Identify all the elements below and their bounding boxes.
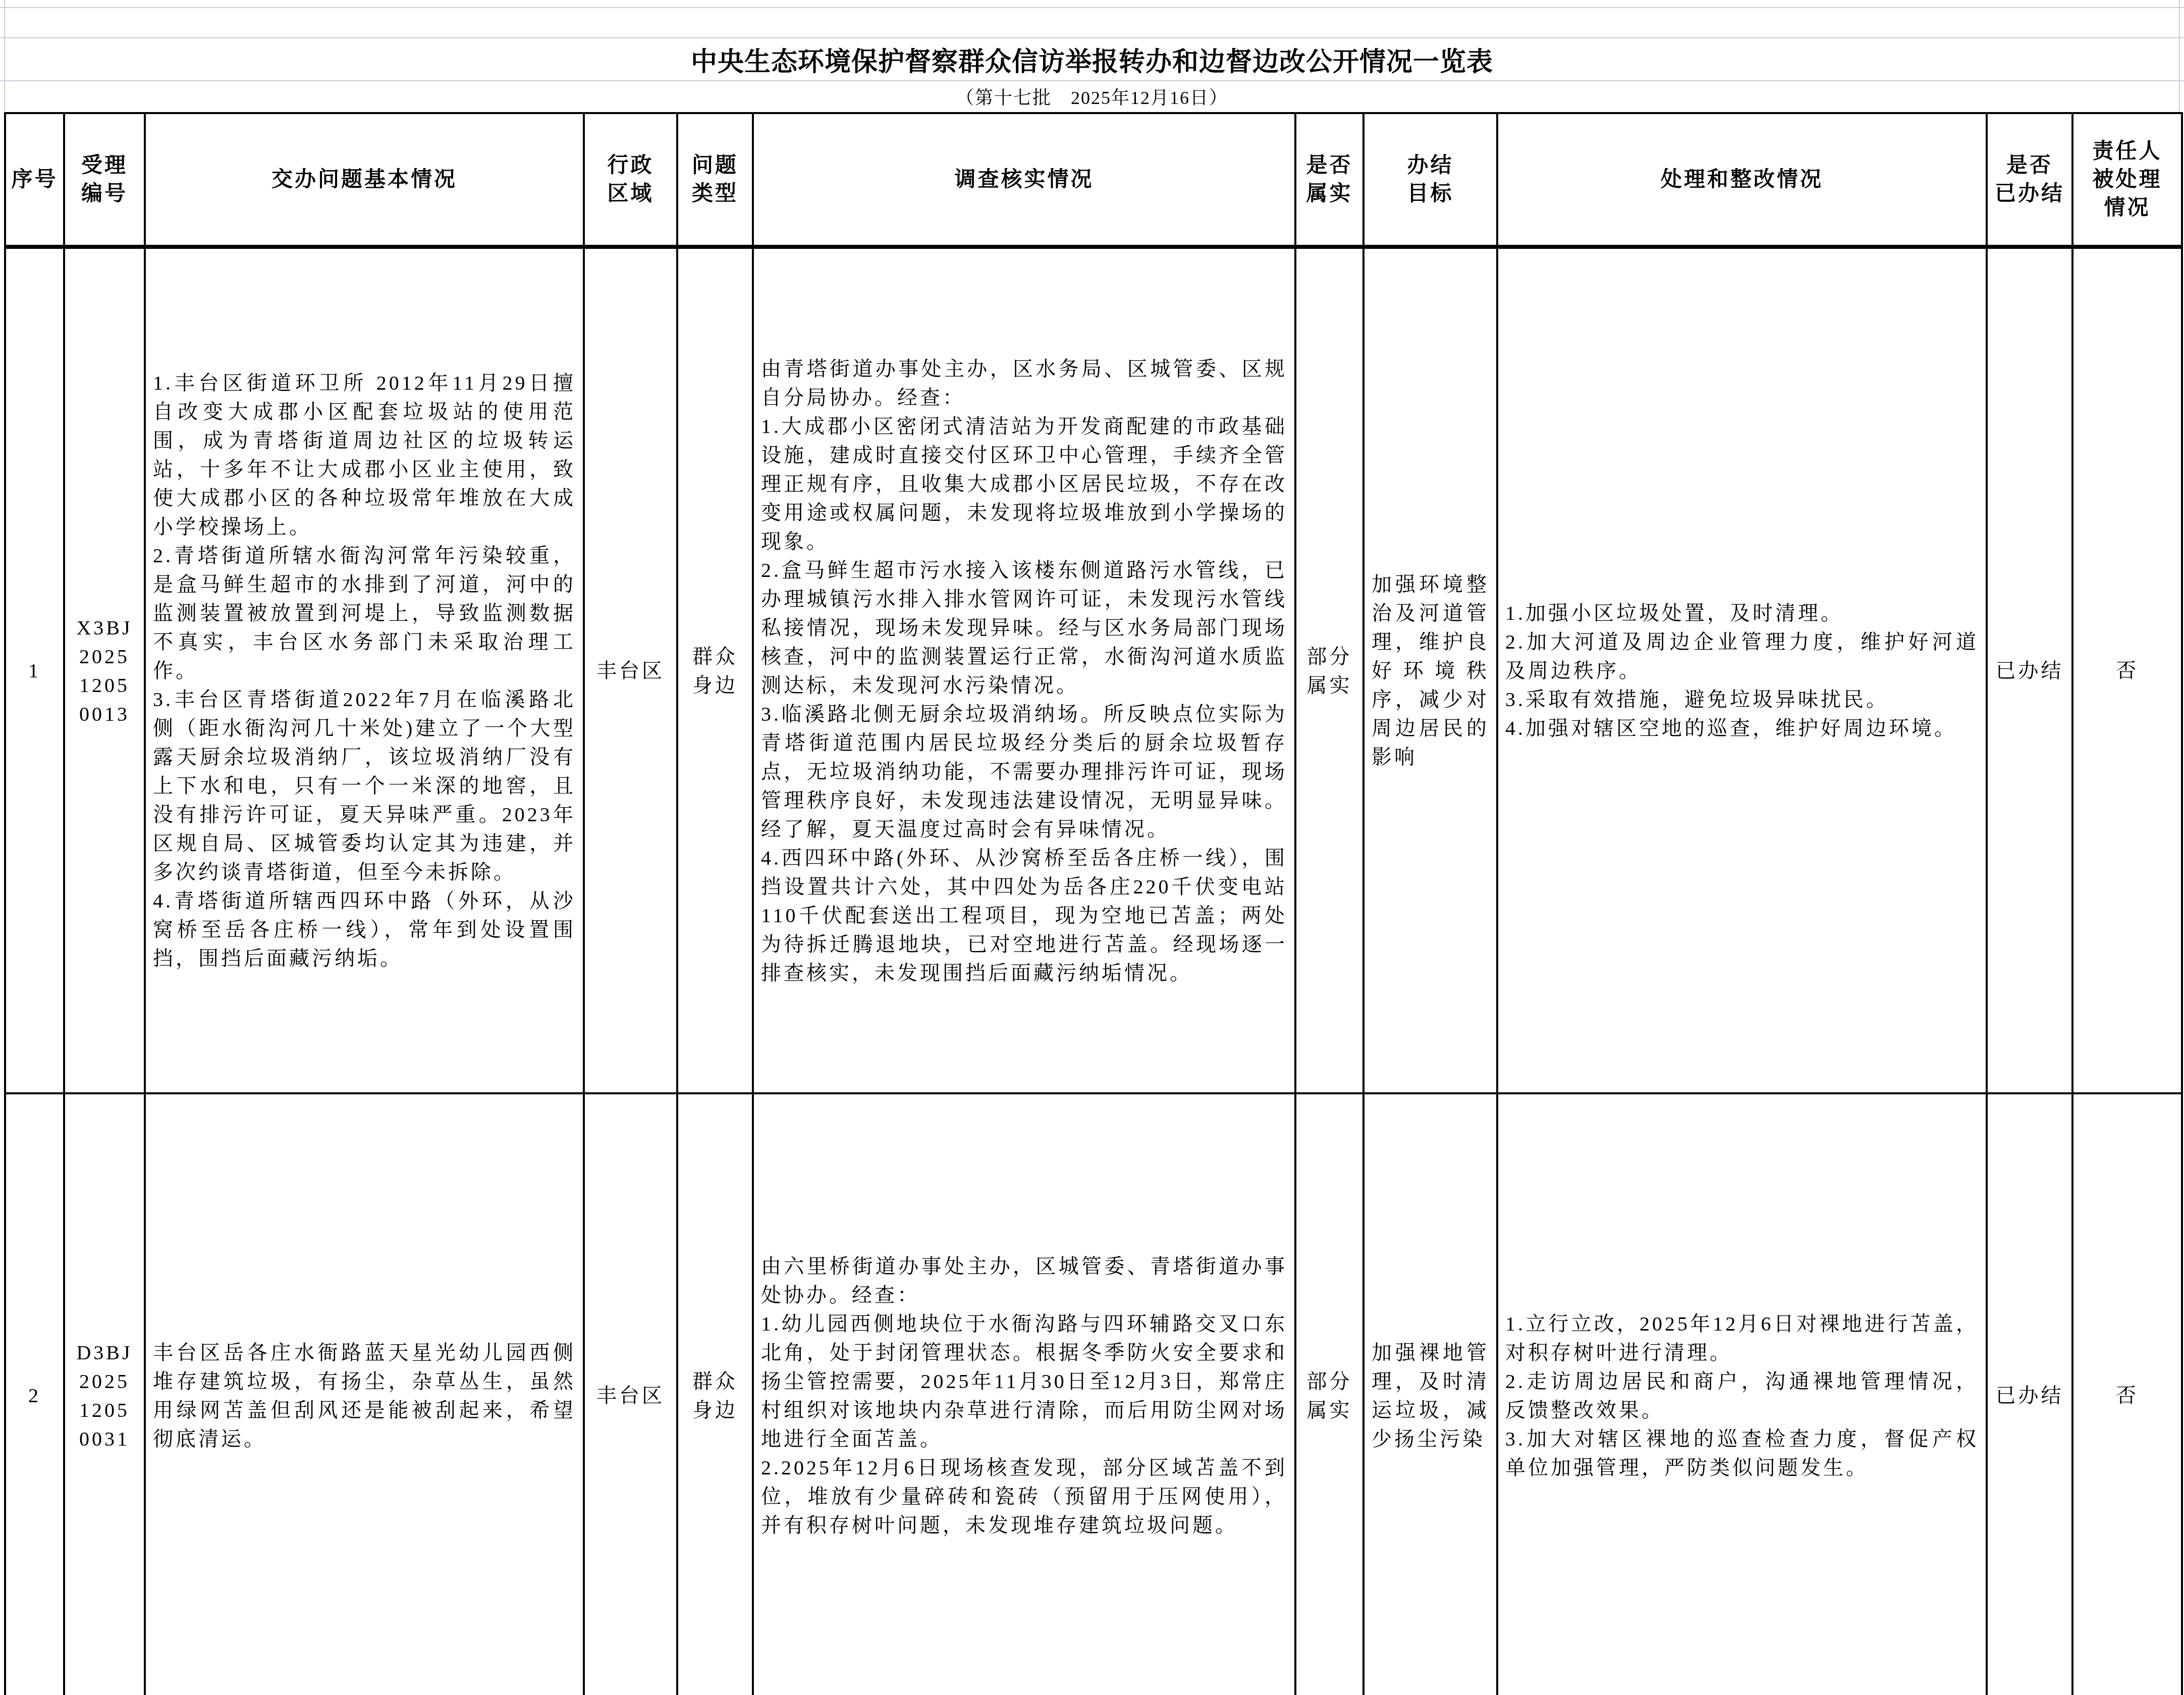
cell-is-closed: 已办结 [1987,1093,2072,1695]
col-header-problem: 交办问题基本情况 [145,113,584,247]
page-subtitle: （第十七批 2025年12月16日） [0,81,2184,112]
col-header-accountability: 责任人 被处理 情况 [2072,113,2182,247]
header-row: 序号 受理 编号 交办问题基本情况 行政 区域 问题 类型 调查核实情况 是否 … [5,113,2182,247]
cell-region: 丰台区 [584,247,677,1093]
cell-verification: 由青塔街道办事处主办，区水务局、区城管委、区规自分局协办。经查： 1.大成郡小区… [753,247,1295,1093]
cell-accountability: 否 [2072,247,2182,1093]
col-header-verification: 调查核实情况 [753,113,1295,247]
grid-line-top [0,7,2184,8]
cell-type: 群众 身边 [677,247,753,1093]
inspection-table: 序号 受理 编号 交办问题基本情况 行政 区域 问题 类型 调查核实情况 是否 … [4,112,2183,1695]
cell-seq: 2 [5,1093,64,1695]
col-header-seq: 序号 [5,113,64,247]
cell-handling: 1.立行立改，2025年12月6日对裸地进行苫盖，对积存树叶进行清理。 2.走访… [1497,1093,1987,1695]
cell-goal: 加强裸地管理，及时清运垃圾，减少扬尘污染 [1363,1093,1497,1695]
cell-problem: 丰台区岳各庄水衙路蓝天星光幼儿园西侧堆存建筑垃圾，有扬尘，杂草丛生，虽然用绿网苫… [145,1093,584,1695]
cell-accountability: 否 [2072,1093,2182,1695]
cell-is-true: 部分属实 [1295,1093,1363,1695]
col-header-type: 问题 类型 [677,113,753,247]
col-header-handling: 处理和整改情况 [1497,113,1987,247]
cell-case-no: X3BJ 2025 1205 0013 [64,247,145,1093]
table-row: 2 D3BJ 2025 1205 0031 丰台区岳各庄水衙路蓝天星光幼儿园西侧… [5,1093,2182,1695]
cell-type: 群众 身边 [677,1093,753,1695]
cell-is-closed: 已办结 [1987,247,2072,1093]
col-header-is-true: 是否 属实 [1295,113,1363,247]
cell-seq: 1 [5,247,64,1093]
table-row: 1 X3BJ 2025 1205 0013 1.丰台区街道环卫所 2012年11… [5,247,2182,1093]
cell-region: 丰台区 [584,1093,677,1695]
cell-goal: 加强环境整治及河道管理，维护良好环境秩序，减少对周边居民的影响 [1363,247,1497,1093]
col-header-case-no: 受理 编号 [64,113,145,247]
page-title: 中央生态环境保护督察群众信访举报转办和边督边改公开情况一览表 [0,37,2184,81]
cell-is-true: 部分属实 [1295,247,1363,1093]
cell-verification: 由六里桥街道办事处主办，区城管委、青塔街道办事处协办。经查： 1.幼儿园西侧地块… [753,1093,1295,1695]
cell-problem: 1.丰台区街道环卫所 2012年11月29日擅自改变大成郡小区配套垃圾站的使用范… [145,247,584,1093]
cell-handling: 1.加强小区垃圾处置，及时清理。 2.加大河道及周边企业管理力度，维护好河道及周… [1497,247,1987,1093]
cell-case-no: D3BJ 2025 1205 0031 [64,1093,145,1695]
spreadsheet-page: 中央生态环境保护督察群众信访举报转办和边督边改公开情况一览表 （第十七批 202… [0,0,2184,1695]
col-header-region: 行政 区域 [584,113,677,247]
col-header-goal: 办结 目标 [1363,113,1497,247]
col-header-is-closed: 是否 已办结 [1987,113,2072,247]
